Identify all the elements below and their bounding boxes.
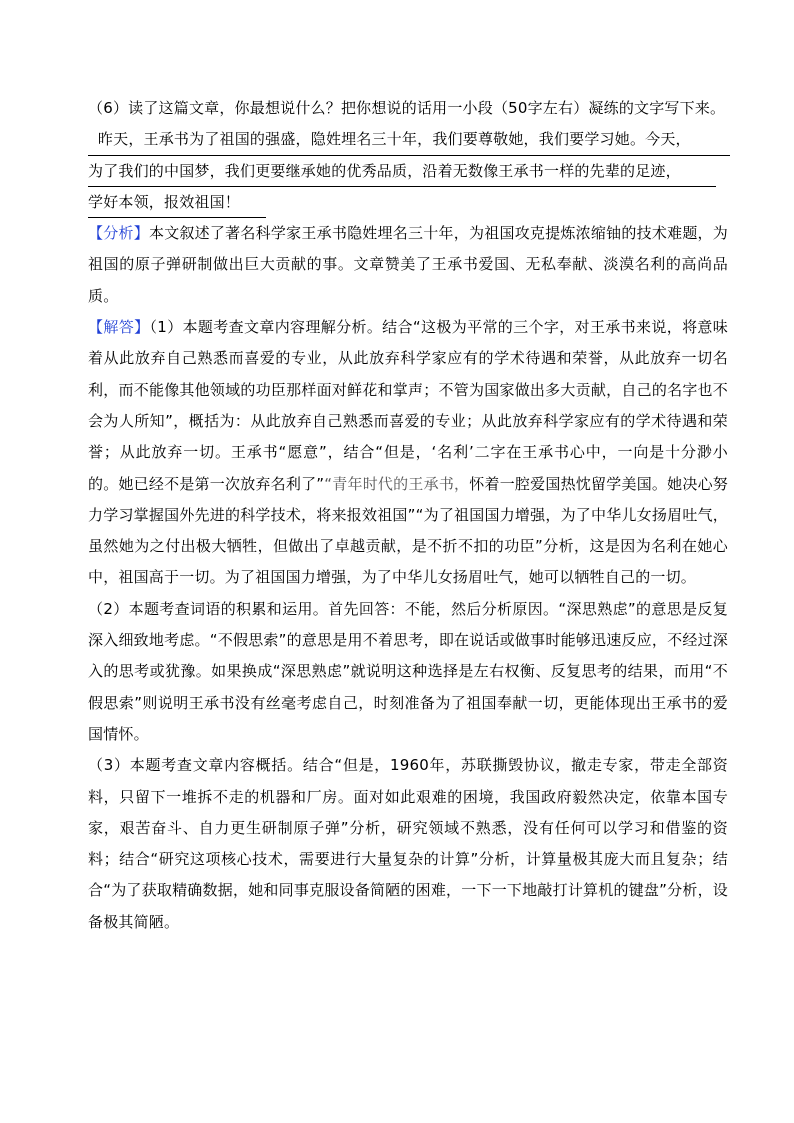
solution-part-3: （3）本题考查文章内容概括。结合“但是，1960年，苏联撕毁协议，撤走专家，带走… <box>88 750 728 938</box>
answer-line-3: 学好本领，报效祖国！ <box>88 187 266 218</box>
answer-line-1: 昨天，王承书为了祖国的强盛，隐姓埋名三十年，我们要尊敬她，我们要学习她。今天， <box>88 124 730 155</box>
solution-label: 【解答】 <box>88 318 149 336</box>
analysis-paragraph: 【分析】本文叙述了著名科学家王承书隐姓埋名三十年，为祖国攻克提炼浓缩铀的技术难题… <box>88 218 728 312</box>
solution-part-1-text-a: （1）本题考查文章内容理解分析。结合“这极为平常的三个字，对王承书来说，将意味着… <box>88 318 728 492</box>
analysis-text: 本文叙述了著名科学家王承书隐姓埋名三十年，为祖国攻克提炼浓缩铀的技术难题，为祖国… <box>88 224 728 305</box>
question-6-answer: 昨天，王承书为了祖国的强盛，隐姓埋名三十年，我们要尊敬她，我们要学习她。今天， … <box>88 124 730 218</box>
answer-line-2: 为了我们的中国梦，我们更要继承她的优秀品质，沿着无数像王承书一样的先辈的足迹， <box>88 156 716 187</box>
document-page: （6）读了这篇文章，你最想说什么？把你想说的话用一小段（50字左右）凝练的文字写… <box>88 93 728 938</box>
solution-part-2: （2）本题考查词语的积累和运用。首先回答：不能，然后分析原因。“深思熟虑”的意思… <box>88 594 728 750</box>
solution-part-1: 【解答】（1）本题考查文章内容理解分析。结合“这极为平常的三个字，对王承书来说，… <box>88 312 728 594</box>
analysis-label: 【分析】 <box>88 224 149 242</box>
question-6-prompt: （6）读了这篇文章，你最想说什么？把你想说的话用一小段（50字左右）凝练的文字写… <box>88 93 728 124</box>
solution-part-1-quote: “青年时代的王承书， <box>324 475 469 493</box>
